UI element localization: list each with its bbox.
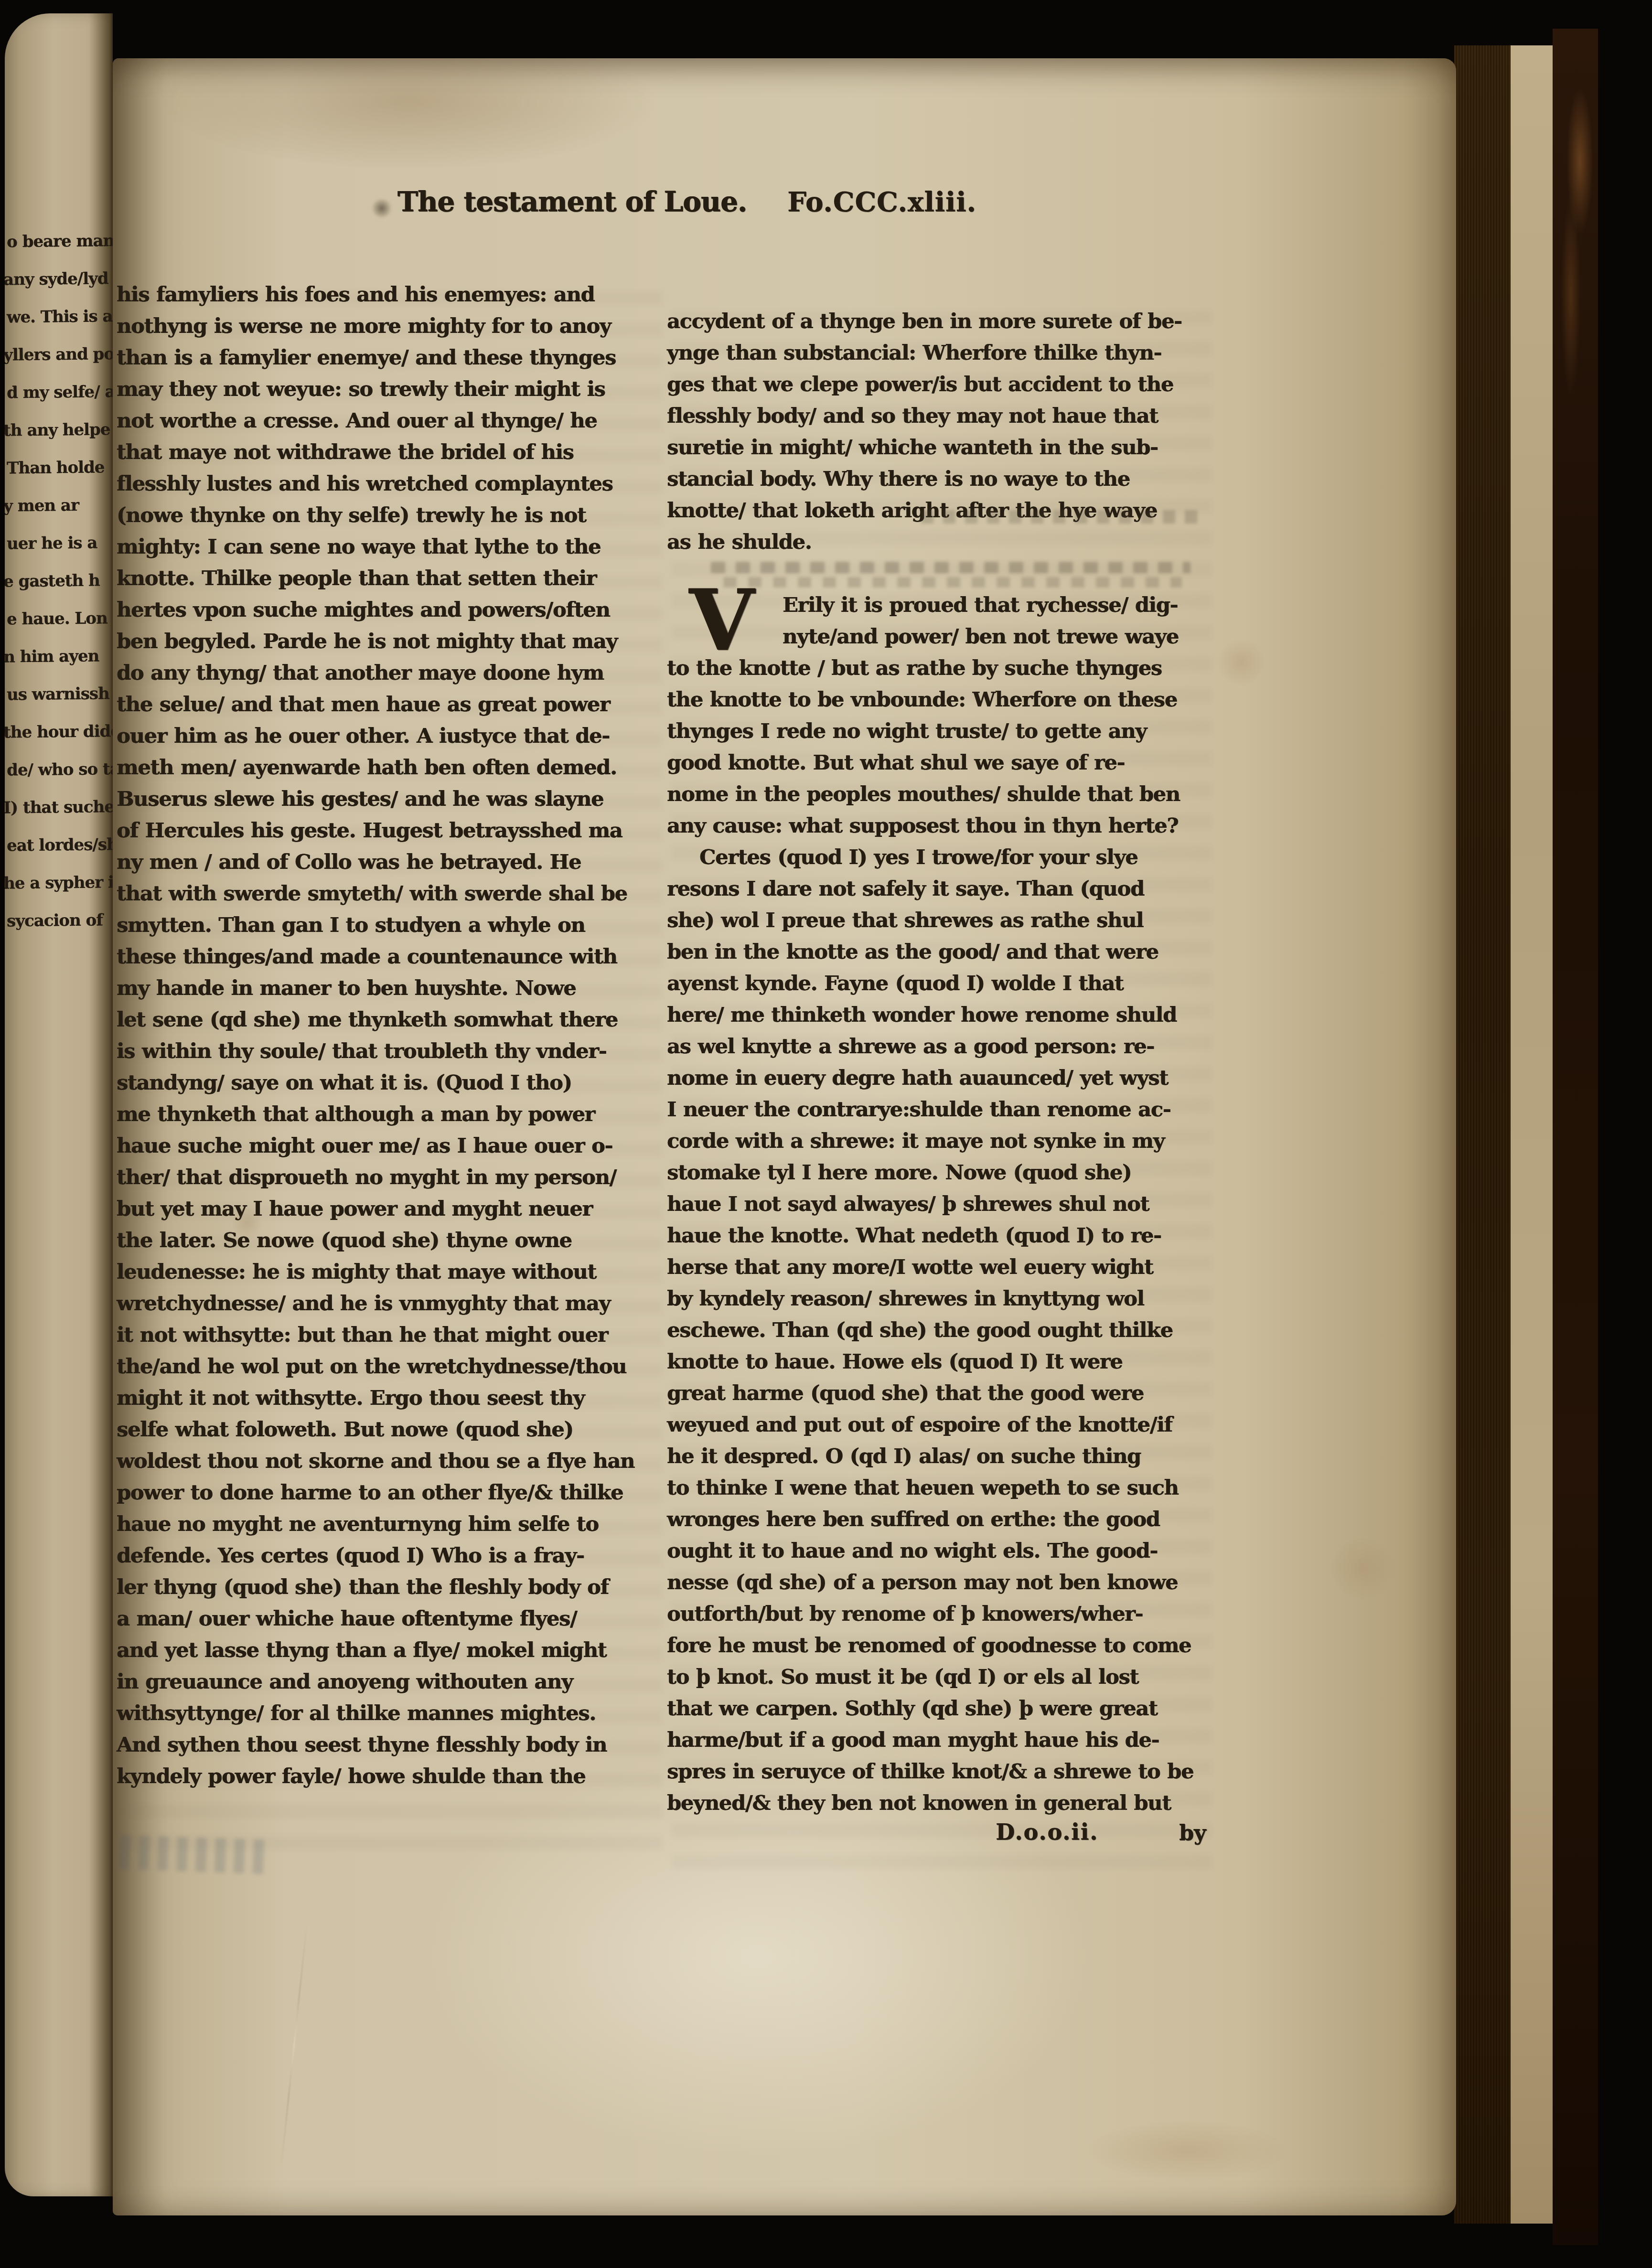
fragment-line: the hour dide: [5, 713, 113, 752]
faded-stamp-ghost: [115, 1835, 264, 1874]
text-line: ouer him as he ouer other. A iustyce tha…: [117, 720, 659, 752]
text-line: haue no myght ne aventurnyng him selfe t…: [117, 1508, 659, 1540]
text-line: ayenst kynde. Fayne (quod I) wolde I tha…: [667, 968, 1212, 999]
catchword: by: [1179, 1821, 1206, 1845]
book-photograph: o beare manyany syde/lydwe. This is ayll…: [0, 0, 1652, 2268]
text-line: harme/but if a good man myght haue his d…: [667, 1724, 1212, 1756]
text-line: nyte/and power/ ben not trewe waye: [667, 621, 1212, 653]
text-line: ben in the knotte as the good/ and that …: [667, 936, 1212, 968]
text-line: as he shulde.: [667, 526, 1212, 558]
text-column-right: accydent of a thynge ben in more surete …: [667, 306, 1212, 1852]
text-line: nesse (qd she) of a person may not ben k…: [667, 1567, 1212, 1598]
previous-page-text-fragments: o beare manyany syde/lydwe. This is ayll…: [7, 223, 113, 940]
fore-edge-page-stack: [1454, 45, 1511, 2224]
text-line: ther/ that disproueth no myght in my per…: [117, 1162, 659, 1193]
text-line: Certes (quod I) yes I trowe/for your sly…: [667, 842, 1212, 873]
text-line: any cause: what supposest thou in thyn h…: [667, 810, 1212, 842]
text-line: ler thyng (quod she) than the fleshly bo…: [117, 1572, 659, 1603]
fragment-line: we. This is a: [7, 298, 113, 337]
text-line: And sythen thou seest thyne flesshly bod…: [117, 1729, 659, 1761]
text-line: to þ knot. So must it be (qd I) or els a…: [667, 1661, 1212, 1693]
text-line: beyned/& they ben not knowen in general …: [667, 1787, 1212, 1819]
text-line: stancial body. Why there is no waye to t…: [667, 463, 1212, 495]
text-line: the selue/ and that men haue as great po…: [117, 689, 659, 720]
folio-number: Fo.CCC.xliii.: [787, 186, 976, 218]
text-line: eschewe. Than (qd she) the good ought th…: [667, 1315, 1212, 1346]
text-line: might it not withsytte. Ergo thou seest …: [117, 1382, 659, 1414]
text-line: leudenesse: he is mighty that maye witho…: [117, 1256, 659, 1288]
fragment-line: yllers and pos: [5, 335, 113, 374]
text-line: here/ me thinketh wonder howe renome shu…: [667, 999, 1212, 1031]
text-line: it not withsytte: but than he that might…: [117, 1319, 659, 1351]
text-line: he it despred. O (qd I) alas/ on suche t…: [667, 1441, 1212, 1472]
text-line: haue suche might ouer me/ as I haue ouer…: [117, 1130, 659, 1162]
text-line: resons I dare not safely it saye. Than (…: [667, 873, 1212, 905]
text-line: thynges I rede no wight truste/ to gette…: [667, 716, 1212, 747]
text-line: and yet lasse thyng than a flye/ mokel m…: [117, 1635, 659, 1666]
text-line: standyng/ saye on what it is. (Quod I th…: [117, 1067, 659, 1099]
text-line: nome in the peoples mouthes/ shulde that…: [667, 779, 1212, 810]
ink-setoff-ghost-lines: [708, 558, 1191, 589]
fragment-line: sycacion of: [7, 901, 113, 941]
text-line: these thinges/and made a countenaunce wi…: [117, 941, 659, 973]
text-line: fore he must be renomed of goodnesse to …: [667, 1630, 1212, 1661]
text-column-left: his famyliers his foes and his enemyes: …: [117, 279, 659, 1792]
fragment-line: th any helpe: [5, 411, 113, 450]
ink-setoff-smudge: [921, 510, 1205, 524]
text-line: ges that we clepe power/is but accident …: [667, 369, 1212, 400]
text-line: accydent of a thynge ben in more surete …: [667, 306, 1212, 337]
text-line: ought it to haue and no wight els. The g…: [667, 1535, 1212, 1567]
text-line: is within thy soule/ that troubleth thy …: [117, 1036, 659, 1067]
book-cover-edge: [1553, 29, 1598, 2245]
text-line: withsyttynge/ for al thilke mannes might…: [117, 1698, 659, 1729]
fragment-line: y men ar: [5, 486, 113, 525]
text-line: she) wol I preue that shrewes as rathe s…: [667, 905, 1212, 936]
text-line: my hande in maner to ben huyshte. Nowe: [117, 973, 659, 1004]
text-line: defende. Yes certes (quod I) Who is a fr…: [117, 1540, 659, 1572]
text-line: flesshly body/ and so they may not haue …: [667, 400, 1212, 432]
fragment-line: uer he is a: [7, 524, 113, 563]
text-line: by kyndely reason/ shrewes in knyttyng w…: [667, 1283, 1212, 1315]
text-line: ny men / and of Collo was he betrayed. H…: [117, 846, 659, 878]
text-line: good knotte. But what shul we saye of re…: [667, 747, 1212, 779]
signature-mark: D.o.o.ii.: [996, 1819, 1098, 1845]
text-line: that maye not withdrawe the bridel of hi…: [117, 437, 659, 468]
text-line: (nowe thynke on thy selfe) trewly he is …: [117, 500, 659, 531]
fragment-line: he a sypher in: [5, 864, 113, 903]
text-line: corde with a shrewe: it maye not synke i…: [667, 1125, 1212, 1157]
ink-blot: [371, 199, 393, 218]
text-line: the knotte to be vnbounde: Wherfore on t…: [667, 684, 1212, 716]
signature-row: D.o.o.ii. by: [667, 1819, 1212, 1852]
text-line: spres in seruyce of thilke knot/& a shre…: [667, 1756, 1212, 1787]
text-line: me thynketh that although a man by power: [117, 1099, 659, 1130]
text-line: kyndely power fayle/ howe shulde than th…: [117, 1761, 659, 1792]
fragment-line: e haue. Lon: [7, 599, 113, 639]
text-line: ynge than substancial: Wherfore thilke t…: [667, 337, 1212, 369]
paper-crease: [280, 1922, 308, 2169]
text-line: to thinke I wene that heuen wepeth to se…: [667, 1472, 1212, 1504]
paragraph-third: Certes (quod I) yes I trowe/for your sly…: [667, 842, 1212, 1819]
text-line: great harme (quod she) that the good wer…: [667, 1378, 1212, 1409]
text-line: in greuaunce and anoyeng withouten any: [117, 1666, 659, 1698]
text-line: that with swerde smyteth/ with swerde sh…: [117, 878, 659, 909]
text-line: not worthe a cresse. And ouer al thynge/…: [117, 405, 659, 437]
fragment-line: us warnissh: [7, 675, 113, 714]
fragment-line: Than holde: [7, 449, 113, 488]
text-line: suretie in might/ whiche wanteth in the …: [667, 432, 1212, 463]
text-line: may they not weyue: so trewly their migh…: [117, 374, 659, 405]
text-line: to the knotte / but as rathe by suche th…: [667, 653, 1212, 684]
text-line: nothyng is werse ne more mighty for to a…: [117, 310, 659, 342]
page-header: The testament of Loue. Fo.CCC.xliii.: [113, 185, 1456, 233]
fragment-line: I) that suche: [5, 788, 113, 827]
text-line: meth men/ ayenwarde hath ben often demed…: [117, 752, 659, 783]
text-line: than is a famylier enemye/ and these thy…: [117, 342, 659, 374]
text-line: let sene (qd she) me thynketh somwhat th…: [117, 1004, 659, 1036]
fragment-line: o beare many: [7, 222, 113, 261]
text-line: knotte to haue. Howe els (quod I) It wer…: [667, 1346, 1212, 1378]
text-line: haue the knotte. What nedeth (quod I) to…: [667, 1220, 1212, 1252]
text-line: do any thyng/ that another maye doone hy…: [117, 657, 659, 689]
paragraph-second: Erily it is proued that rychesse/ dig-ny…: [667, 589, 1212, 842]
text-line: of Hercules his geste. Hugest betraysshe…: [117, 815, 659, 846]
book-page: The testament of Loue. Fo.CCC.xliii. his…: [113, 58, 1456, 2215]
page-block-edge: [1511, 45, 1553, 2224]
text-line: the/and he wol put on the wretchydnesse/…: [117, 1351, 659, 1382]
fragment-line: e gasteth h: [5, 562, 113, 601]
text-line: selfe what foloweth. But nowe (quod she): [117, 1414, 659, 1445]
text-line: as wel knytte a shrewe as a good person:…: [667, 1031, 1212, 1062]
fragment-line: d my selfe/ an: [7, 373, 113, 412]
text-line: haue I not sayd alwayes/ þ shrewes shul …: [667, 1188, 1212, 1220]
text-line: outforth/but by renome of þ knowers/wher…: [667, 1598, 1212, 1630]
text-line: Buserus slewe his gestes/ and he was sla…: [117, 783, 659, 815]
text-line: power to done harme to an other flye/& t…: [117, 1477, 659, 1508]
text-line: stomake tyl I here more. Nowe (quod she): [667, 1157, 1212, 1188]
text-line: I neuer the contrarye:shulde than renome…: [667, 1094, 1212, 1125]
text-line: smytten. Than gan I to studyen a whyle o…: [117, 909, 659, 941]
text-line: wretchydnesse/ and he is vnmyghty that m…: [117, 1288, 659, 1319]
text-line: flesshly lustes and his wretched complay…: [117, 468, 659, 500]
text-line: herse that any more/I wotte wel euery wi…: [667, 1252, 1212, 1283]
text-line: but yet may I haue power and myght neuer: [117, 1193, 659, 1225]
text-line: a man/ ouer whiche haue oftentyme flyes/: [117, 1603, 659, 1635]
text-line: woldest thou not skorne and thou se a fl…: [117, 1445, 659, 1477]
text-line: hertes vpon suche mightes and powers/oft…: [117, 594, 659, 626]
previous-page-edge: o beare manyany syde/lydwe. This is ayll…: [5, 13, 113, 2196]
text-line: mighty: I can sene no waye that lythe to…: [117, 531, 659, 563]
text-line: ben begyled. Parde he is not mighty that…: [117, 626, 659, 657]
text-line: Erily it is proued that rychesse/ dig-: [667, 589, 1212, 621]
text-line: wronges here ben suffred on erthe: the g…: [667, 1504, 1212, 1535]
text-line: weyued and put out of espoire of the kno…: [667, 1409, 1212, 1441]
text-line: the later. Se nowe (quod she) thyne owne: [117, 1225, 659, 1256]
fragment-line: de/ who so ta: [7, 750, 113, 790]
text-line: his famyliers his foes and his enemyes: …: [117, 279, 659, 310]
fragment-line: any syde/lyd: [5, 260, 113, 299]
running-title: The testament of Loue.: [397, 185, 747, 218]
fragment-line: eat lordes/shu: [7, 826, 113, 865]
paragraph-second-wrap: V Erily it is proued that rychesse/ dig-…: [667, 589, 1212, 842]
fragment-line: n him ayen: [5, 637, 113, 676]
text-line: knotte. Thilke people than that setten t…: [117, 563, 659, 594]
text-line: that we carpen. Sothly (qd she) þ were g…: [667, 1693, 1212, 1724]
text-line: nome in euery degre hath auaunced/ yet w…: [667, 1062, 1212, 1094]
